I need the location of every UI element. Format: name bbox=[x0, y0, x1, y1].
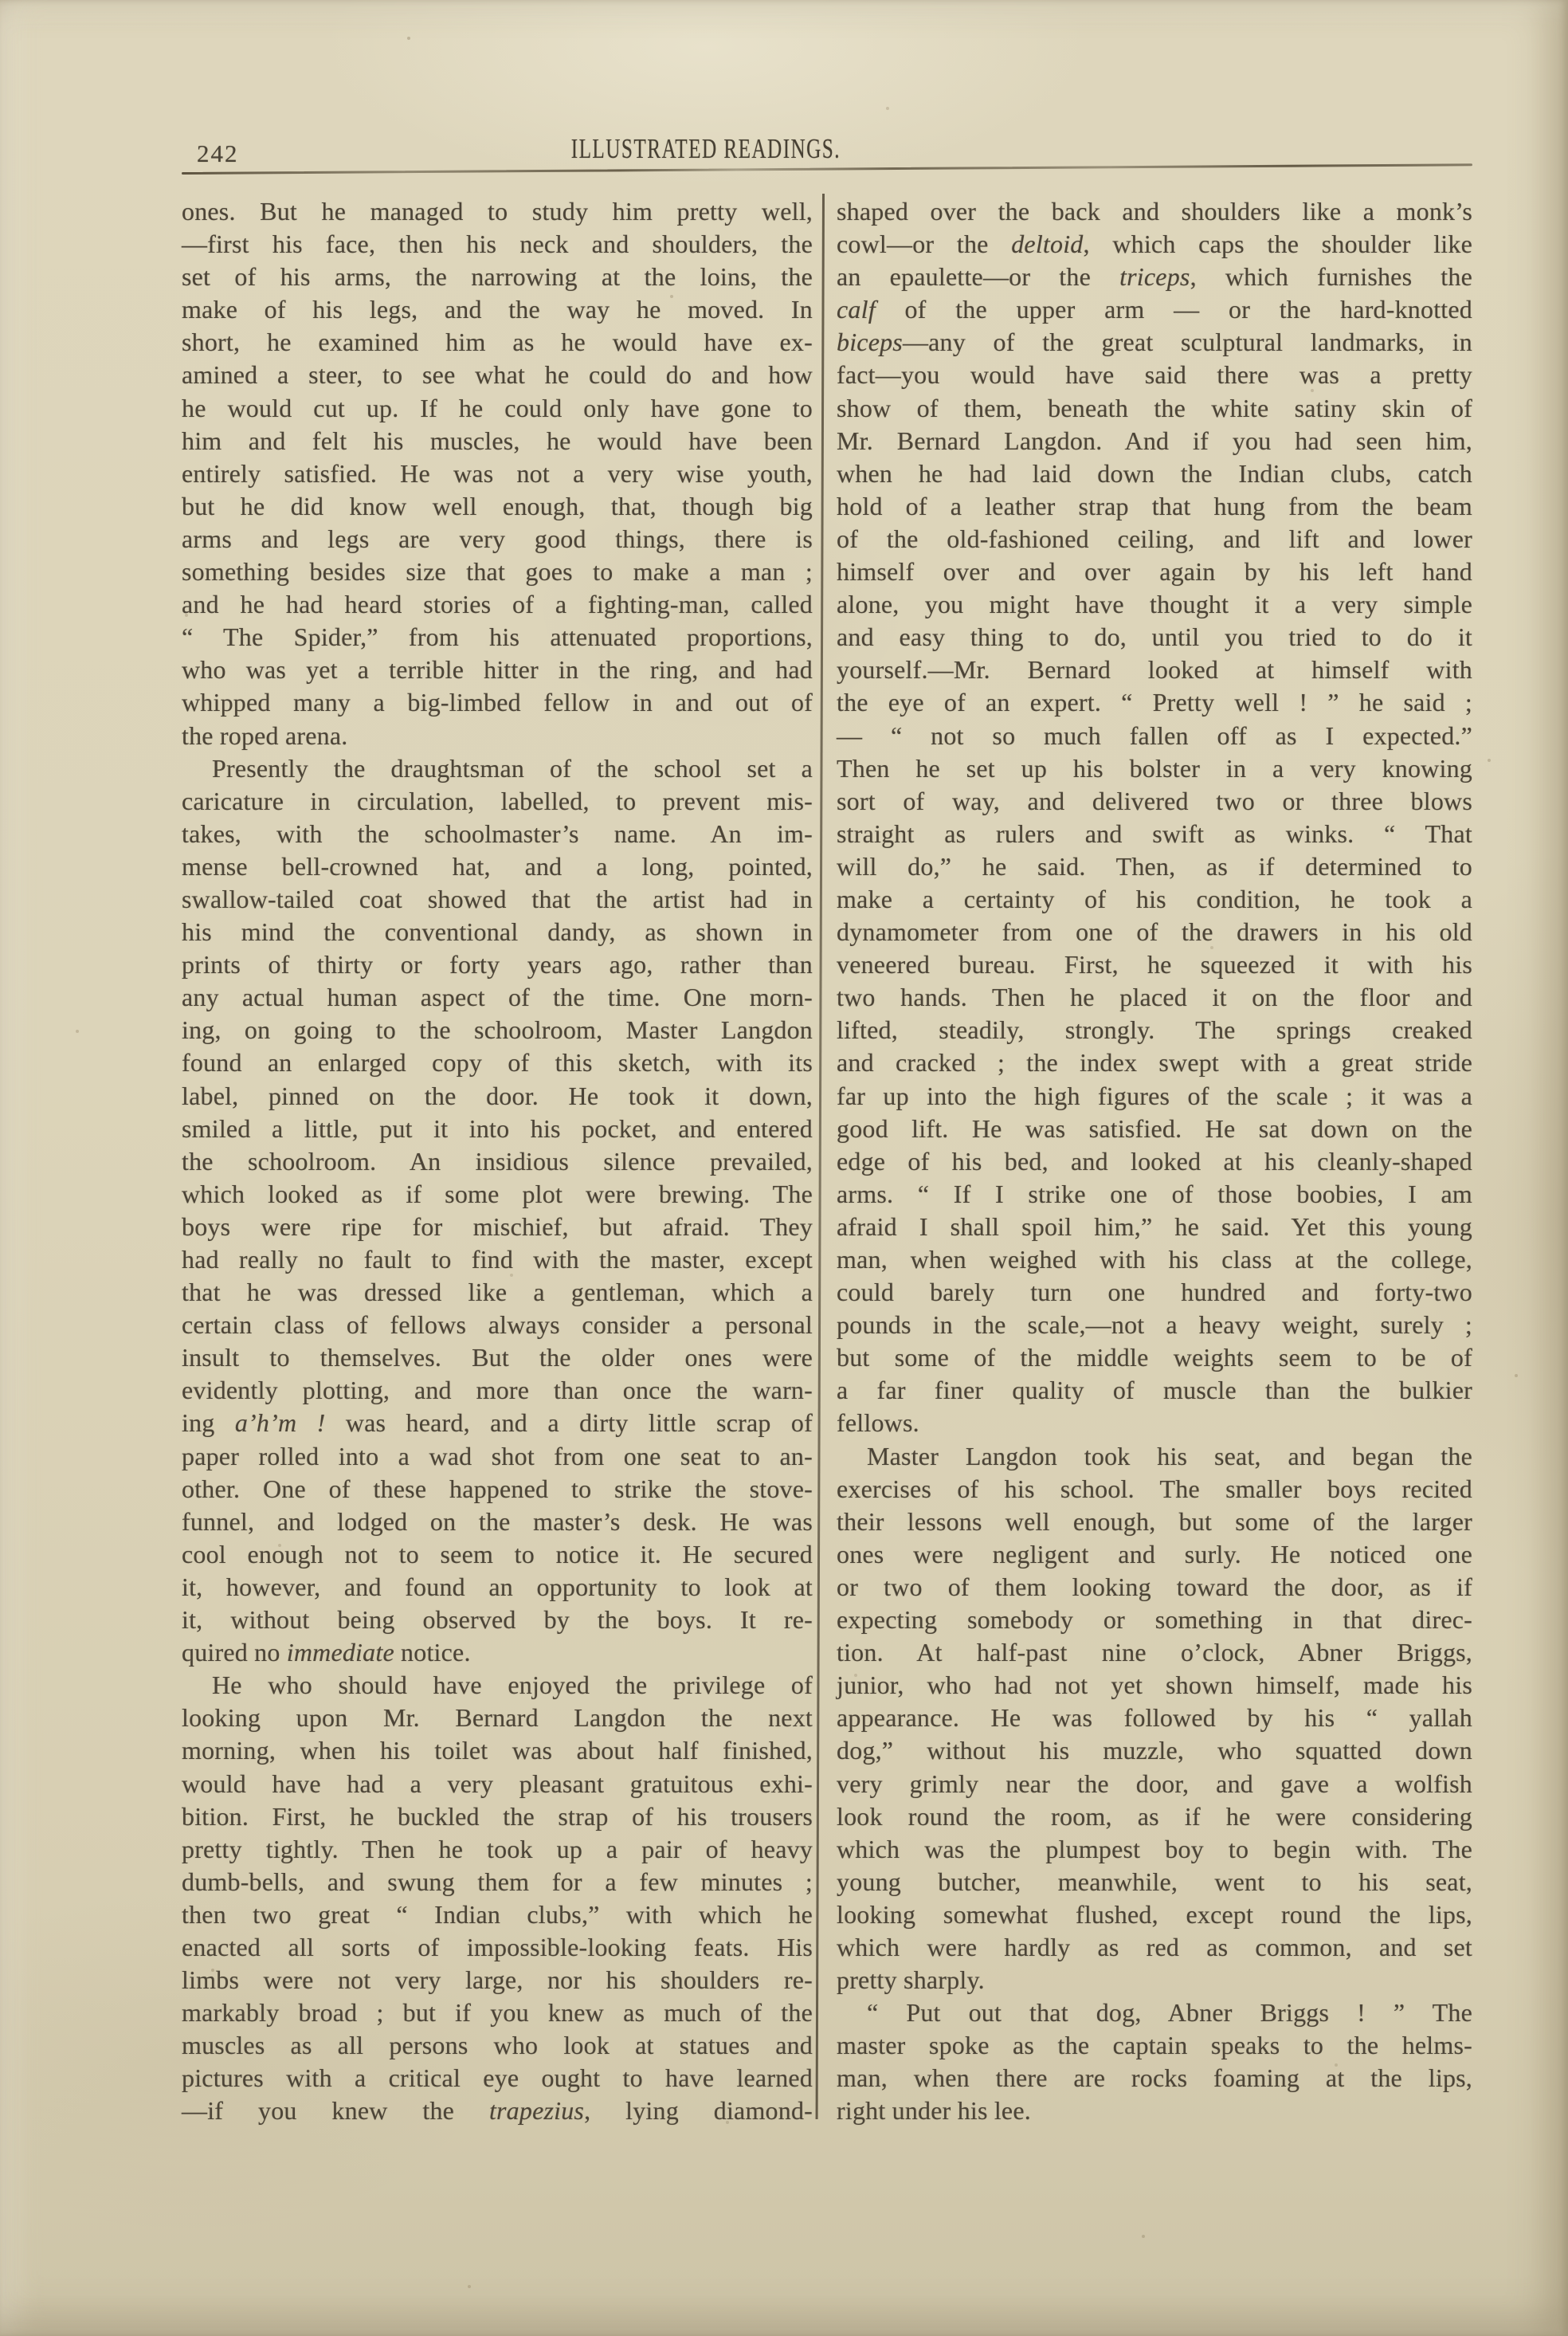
text-line: himself over and over again by his left … bbox=[837, 556, 1472, 588]
text-line: alone, you might have thought it a very … bbox=[837, 588, 1472, 621]
text-line: had really no fault to find with the mas… bbox=[182, 1243, 813, 1276]
text-line: looking somewhat flushed, except round t… bbox=[837, 1898, 1472, 1931]
text-line: look round the room, as if he were consi… bbox=[837, 1800, 1472, 1833]
text-line: — “ not so much fallen off as I expected… bbox=[837, 720, 1472, 752]
text-line: which looked as if some plot were brewin… bbox=[182, 1178, 813, 1211]
text-line: pictures with a critical eye ought to ha… bbox=[182, 2062, 813, 2095]
text-line: make of his legs, and the way he moved. … bbox=[182, 293, 813, 326]
text-line: swallow-tailed coat showed that the arti… bbox=[182, 883, 813, 916]
text-line: straight as rulers and swift as winks. “… bbox=[837, 818, 1472, 850]
page-number: 242 bbox=[197, 140, 239, 167]
text-line: pounds in the scale,—not a heavy weight,… bbox=[837, 1309, 1472, 1341]
text-line: master spoke as the captain speaks to th… bbox=[837, 2029, 1472, 2062]
text-line: dog,” without his muzzle, who squatted d… bbox=[837, 1734, 1472, 1767]
text-line: fellows. bbox=[837, 1407, 1472, 1439]
text-line: exercises of his school. The smaller boy… bbox=[837, 1473, 1472, 1506]
text-line: afraid I shall spoil him,” he said. Yet … bbox=[837, 1211, 1472, 1243]
text-line: good lift. He was satisfied. He sat down… bbox=[837, 1113, 1472, 1145]
text-line: which were hardly as red as common, and … bbox=[837, 1931, 1472, 1964]
text-line: boys were ripe for mischief, but afraid.… bbox=[182, 1211, 813, 1243]
text-line: junior, who had not yet shown himself, m… bbox=[837, 1669, 1472, 1702]
text-line: dynamometer from one of the drawers in h… bbox=[837, 916, 1472, 948]
text-line: an epaulette—or the triceps, which furni… bbox=[837, 261, 1472, 293]
text-column-left: ones. But he managed to study him pretty… bbox=[182, 195, 813, 2128]
text-line: —first his face, then his neck and shoul… bbox=[182, 228, 813, 261]
text-line: yourself.—Mr. Bernard looked at himself … bbox=[837, 654, 1472, 686]
text-line: his mind the conventional dandy, as show… bbox=[182, 916, 813, 948]
text-line: sort of way, and delivered two or three … bbox=[837, 785, 1472, 818]
text-line: Presently the draughtsman of the school … bbox=[182, 752, 813, 785]
text-line: certain class of fellows always consider… bbox=[182, 1309, 813, 1341]
text-line: something besides size that goes to make… bbox=[182, 556, 813, 588]
text-line: “ Put out that dog, Abner Briggs ! ” The bbox=[837, 1996, 1472, 2029]
text-line: will do,” he said. Then, as if determine… bbox=[837, 850, 1472, 883]
text-line: make a certainty of his condition, he to… bbox=[837, 883, 1472, 916]
text-line: set of his arms, the narrowing at the lo… bbox=[182, 261, 813, 293]
text-line: and easy thing to do, until you tried to… bbox=[837, 621, 1472, 654]
text-line: very grimly near the door, and gave a wo… bbox=[837, 1768, 1472, 1800]
text-line: far up into the high figures of the scal… bbox=[837, 1080, 1472, 1113]
text-line: “ The Spider,” from his attenuated propo… bbox=[182, 621, 813, 654]
text-line: would have had a very pleasant gratuitou… bbox=[182, 1768, 813, 1800]
text-line: it, without being observed by the boys. … bbox=[182, 1604, 813, 1636]
text-line: smiled a little, put it into his pocket,… bbox=[182, 1113, 813, 1145]
text-line: quired no immediate notice. bbox=[182, 1636, 813, 1669]
text-line: the roped arena. bbox=[182, 720, 813, 752]
text-line: or two of them looking toward the door, … bbox=[837, 1571, 1472, 1604]
text-line: veneered bureau. First, he squeezed it w… bbox=[837, 948, 1472, 981]
text-line: who was yet a terrible hitter in the rin… bbox=[182, 654, 813, 686]
text-line: other. One of these happened to strike t… bbox=[182, 1473, 813, 1506]
text-line: show of them, beneath the white satiny s… bbox=[837, 392, 1472, 425]
text-line: cool enough not to seem to notice it. He… bbox=[182, 1538, 813, 1571]
text-line: mense bell-crowned hat, and a long, poin… bbox=[182, 850, 813, 883]
text-line: arms and legs are very good things, ther… bbox=[182, 523, 813, 556]
text-line: looking upon Mr. Bernard Langdon the nex… bbox=[182, 1702, 813, 1734]
text-line: funnel, and lodged on the master’s desk.… bbox=[182, 1506, 813, 1538]
text-line: ones. But he managed to study him pretty… bbox=[182, 195, 813, 228]
text-line: whipped many a big-limbed fellow in and … bbox=[182, 686, 813, 719]
text-line: calf of the upper arm — or the hard-knot… bbox=[837, 293, 1472, 326]
text-line: when he had laid down the Indian clubs, … bbox=[837, 457, 1472, 490]
text-line: of the old-fashioned ceiling, and lift a… bbox=[837, 523, 1472, 556]
running-head-wrap: ILLUSTRATED READINGS. bbox=[443, 134, 969, 164]
text-line: Then he set up his bolster in a very kno… bbox=[837, 752, 1472, 785]
text-line: pretty sharply. bbox=[837, 1964, 1472, 1996]
text-line: limbs were not very large, nor his shoul… bbox=[182, 1964, 813, 1996]
text-line: edge of his bed, and looked at his clean… bbox=[837, 1145, 1472, 1178]
text-line: dumb-bells, and swung them for a few min… bbox=[182, 1866, 813, 1898]
text-line: a far finer quality of muscle than the b… bbox=[837, 1374, 1472, 1407]
text-line: then two great “ Indian clubs,” with whi… bbox=[182, 1898, 813, 1931]
column-divider-rule bbox=[816, 194, 825, 2119]
text-line: shaped over the back and shoulders like … bbox=[837, 195, 1472, 228]
text-line: Master Langdon took his seat, and began … bbox=[837, 1440, 1472, 1473]
text-line: insult to themselves. But the older ones… bbox=[182, 1341, 813, 1374]
text-line: he would cut up. If he could only have g… bbox=[182, 392, 813, 425]
text-line: found an enlarged copy of this sketch, w… bbox=[182, 1046, 813, 1079]
text-column-right: shaped over the back and shoulders like … bbox=[837, 195, 1472, 2128]
text-line: prints of thirty or forty years ago, rat… bbox=[182, 948, 813, 981]
text-line: right under his lee. bbox=[837, 2095, 1472, 2127]
text-line: their lessons well enough, but some of t… bbox=[837, 1506, 1472, 1538]
text-line: but some of the middle weights seem to b… bbox=[837, 1341, 1472, 1374]
text-line: it, however, and found an opportunity to… bbox=[182, 1571, 813, 1604]
text-line: the eye of an expert. “ Pretty well ! ” … bbox=[837, 686, 1472, 719]
text-line: which was the plumpest boy to begin with… bbox=[837, 1833, 1472, 1866]
book-page-scan: 242 ILLUSTRATED READINGS. ones. But he m… bbox=[0, 0, 1568, 2336]
text-line: label, pinned on the door. He took it do… bbox=[182, 1080, 813, 1113]
text-line: him and felt his muscles, he would have … bbox=[182, 425, 813, 457]
text-line: lifted, steadily, strongly. The springs … bbox=[837, 1014, 1472, 1046]
text-line: morning, when his toilet was about half … bbox=[182, 1734, 813, 1767]
text-line: two hands. Then he placed it on the floo… bbox=[837, 981, 1472, 1014]
text-line: biceps—any of the great sculptural landm… bbox=[837, 326, 1472, 359]
text-line: bition. First, he buckled the strap of h… bbox=[182, 1800, 813, 1833]
text-line: man, when weighed with his class at the … bbox=[837, 1243, 1472, 1276]
text-line: man, when there are rocks foaming at the… bbox=[837, 2062, 1472, 2095]
text-line: amined a steer, to see what he could do … bbox=[182, 359, 813, 391]
text-line: and cracked ; the index swept with a gre… bbox=[837, 1046, 1472, 1079]
running-header: 242 ILLUSTRATED READINGS. bbox=[0, 0, 1568, 183]
text-line: any actual human aspect of the time. One… bbox=[182, 981, 813, 1014]
text-line: the schoolroom. An insidious silence pre… bbox=[182, 1145, 813, 1178]
text-line: paper rolled into a wad shot from one se… bbox=[182, 1440, 813, 1473]
text-line: tion. At half-past nine o’clock, Abner B… bbox=[837, 1636, 1472, 1669]
text-line: caricature in circulation, labelled, to … bbox=[182, 785, 813, 818]
text-line: but he did know well enough, that, thoug… bbox=[182, 490, 813, 523]
text-line: pretty tightly. Then he took up a pair o… bbox=[182, 1833, 813, 1866]
text-line: entirely satisfied. He was not a very wi… bbox=[182, 457, 813, 490]
text-line: He who should have enjoyed the privilege… bbox=[182, 1669, 813, 1702]
text-line: that he was dressed like a gentleman, wh… bbox=[182, 1276, 813, 1309]
text-line: arms. “ If I strike one of those boobies… bbox=[837, 1178, 1472, 1211]
text-line: takes, with the schoolmaster’s name. An … bbox=[182, 818, 813, 850]
text-line: expecting somebody or something in that … bbox=[837, 1604, 1472, 1636]
text-line: cowl—or the deltoid, which caps the shou… bbox=[837, 228, 1472, 261]
text-line: short, he examined him as he would have … bbox=[182, 326, 813, 359]
text-line: Mr. Bernard Langdon. And if you had seen… bbox=[837, 425, 1472, 457]
text-line: and he had heard stories of a fighting-m… bbox=[182, 588, 813, 621]
text-line: enacted all sorts of impossible-looking … bbox=[182, 1931, 813, 1964]
text-line: ing, on going to the schoolroom, Master … bbox=[182, 1014, 813, 1046]
text-line: markably broad ; but if you knew as much… bbox=[182, 1996, 813, 2029]
text-line: fact—you would have said there was a pre… bbox=[837, 359, 1472, 391]
text-line: ones were negligent and surly. He notice… bbox=[837, 1538, 1472, 1571]
text-line: —if you knew the trapezius, lying diamon… bbox=[182, 2095, 813, 2127]
running-head-title: ILLUSTRATED READINGS. bbox=[571, 134, 841, 164]
text-line: young butcher, meanwhile, went to his se… bbox=[837, 1866, 1472, 1898]
text-line: hold of a leather strap that hung from t… bbox=[837, 490, 1472, 523]
text-line: ing a’h’m ! was heard, and a dirty littl… bbox=[182, 1407, 813, 1439]
text-line: muscles as all persons who look at statu… bbox=[182, 2029, 813, 2062]
text-line: appearance. He was followed by his “ yal… bbox=[837, 1702, 1472, 1734]
text-line: evidently plotting, and more than once t… bbox=[182, 1374, 813, 1407]
text-line: could barely turn one hundred and forty-… bbox=[837, 1276, 1472, 1309]
